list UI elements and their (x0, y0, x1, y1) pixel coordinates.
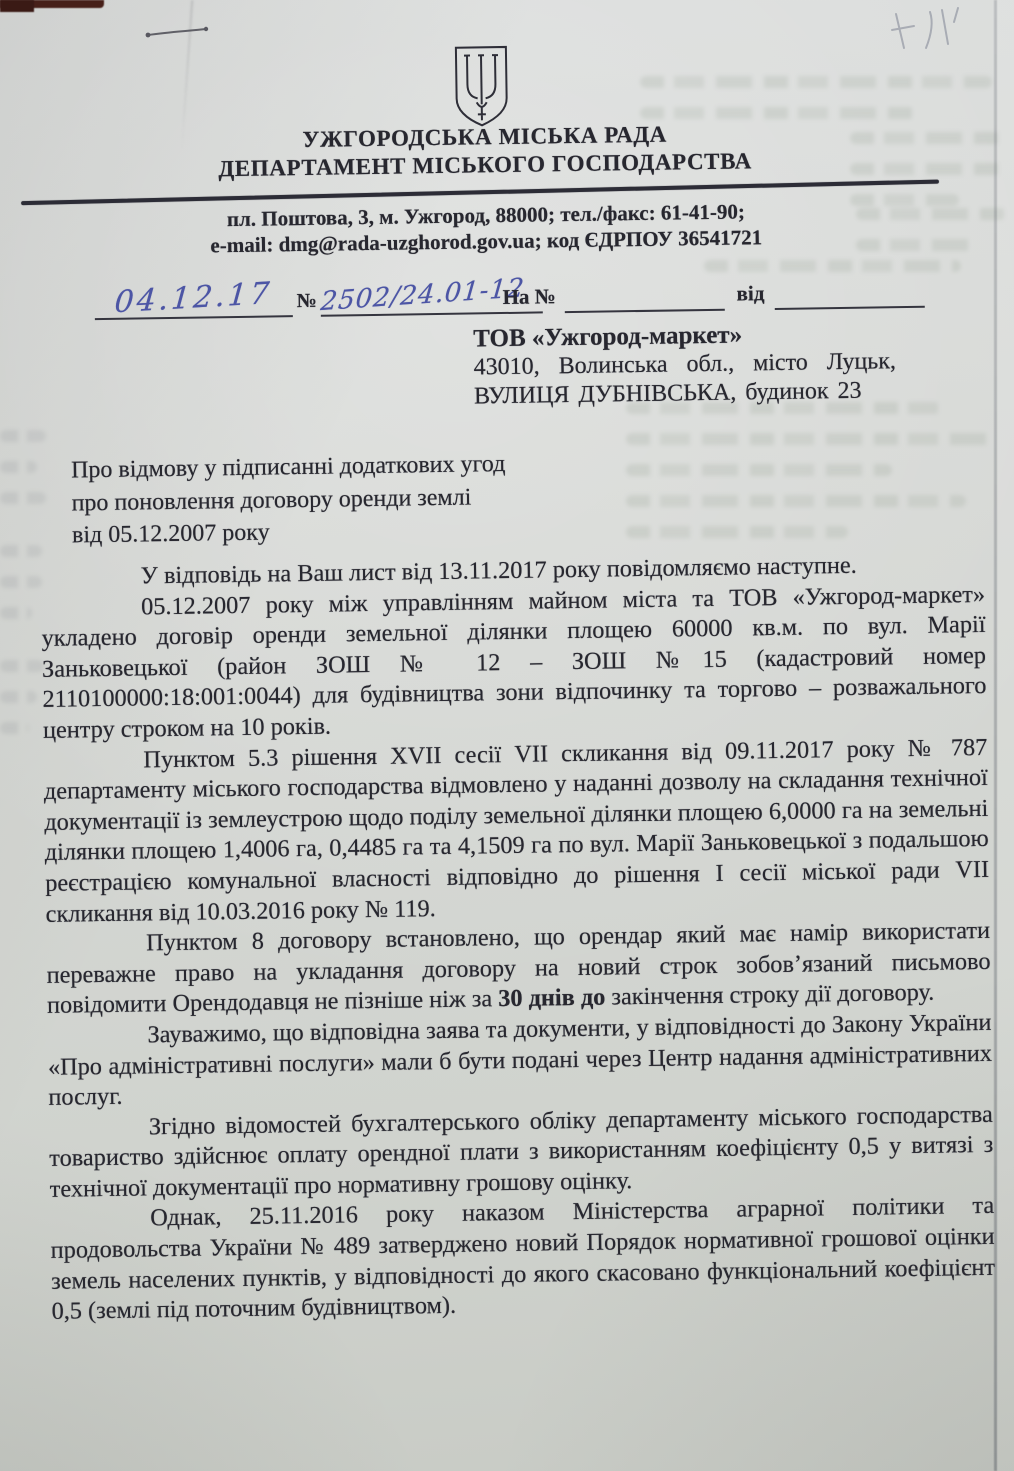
subject-block: Про відмову у підписанні додаткових угод… (71, 446, 632, 552)
reference-line: 04.12.17 № 2502/24.01-12 На № від (0, 261, 1009, 322)
paragraph-4: Пунктом 8 договору встановлено, що оренд… (46, 916, 991, 1022)
blank-underline (565, 289, 725, 313)
ukraine-trident-emblem (451, 44, 512, 129)
reply-to-number-label: На № (502, 284, 556, 314)
scanned-letter-photo: УЖГОРОДСЬКА МІСЬКА РАДА ДЕПАРТАМЕНТ МІСЬ… (0, 0, 1014, 1471)
paragraph-4-text: закінчення строку дії договору. (605, 979, 934, 1011)
recipient-address-line2: ВУЛИЦЯ ДУБНІВСЬКА, будинок 23 (474, 375, 984, 412)
paragraph-5: Зауважимо, що відповідна заява та докуме… (47, 1008, 992, 1114)
letter-body: У відповідь на Ваш лист від 13.11.2017 р… (40, 549, 995, 1328)
letter-document: УЖГОРОДСЬКА МІСЬКА РАДА ДЕПАРТАМЕНТ МІСЬ… (0, 0, 1014, 1471)
paragraph-3: Пунктом 5.3 рішення XVII сесії VII склик… (43, 732, 990, 930)
number-sign-label: № (296, 290, 317, 317)
page-edge-band (997, 0, 1014, 1471)
paragraph-4-bold-deadline: 30 днів до (498, 984, 605, 1013)
handwritten-date: 04.12.17 (94, 279, 293, 320)
paragraph-2: 05.12.2007 року між управлінням майном м… (41, 579, 987, 746)
blank-underline (774, 286, 924, 310)
from-date-label: від (736, 281, 764, 310)
paragraph-6: Згідно відомостей бухгалтерського обліку… (49, 1100, 994, 1206)
subject-line3: від 05.12.2007 року (72, 511, 632, 552)
paragraph-7: Однак, 25.11.2016 року наказом Міністерс… (50, 1191, 996, 1327)
recipient-block: ТОВ «Ужгород-маркет» 43010, Волинська об… (473, 317, 984, 412)
